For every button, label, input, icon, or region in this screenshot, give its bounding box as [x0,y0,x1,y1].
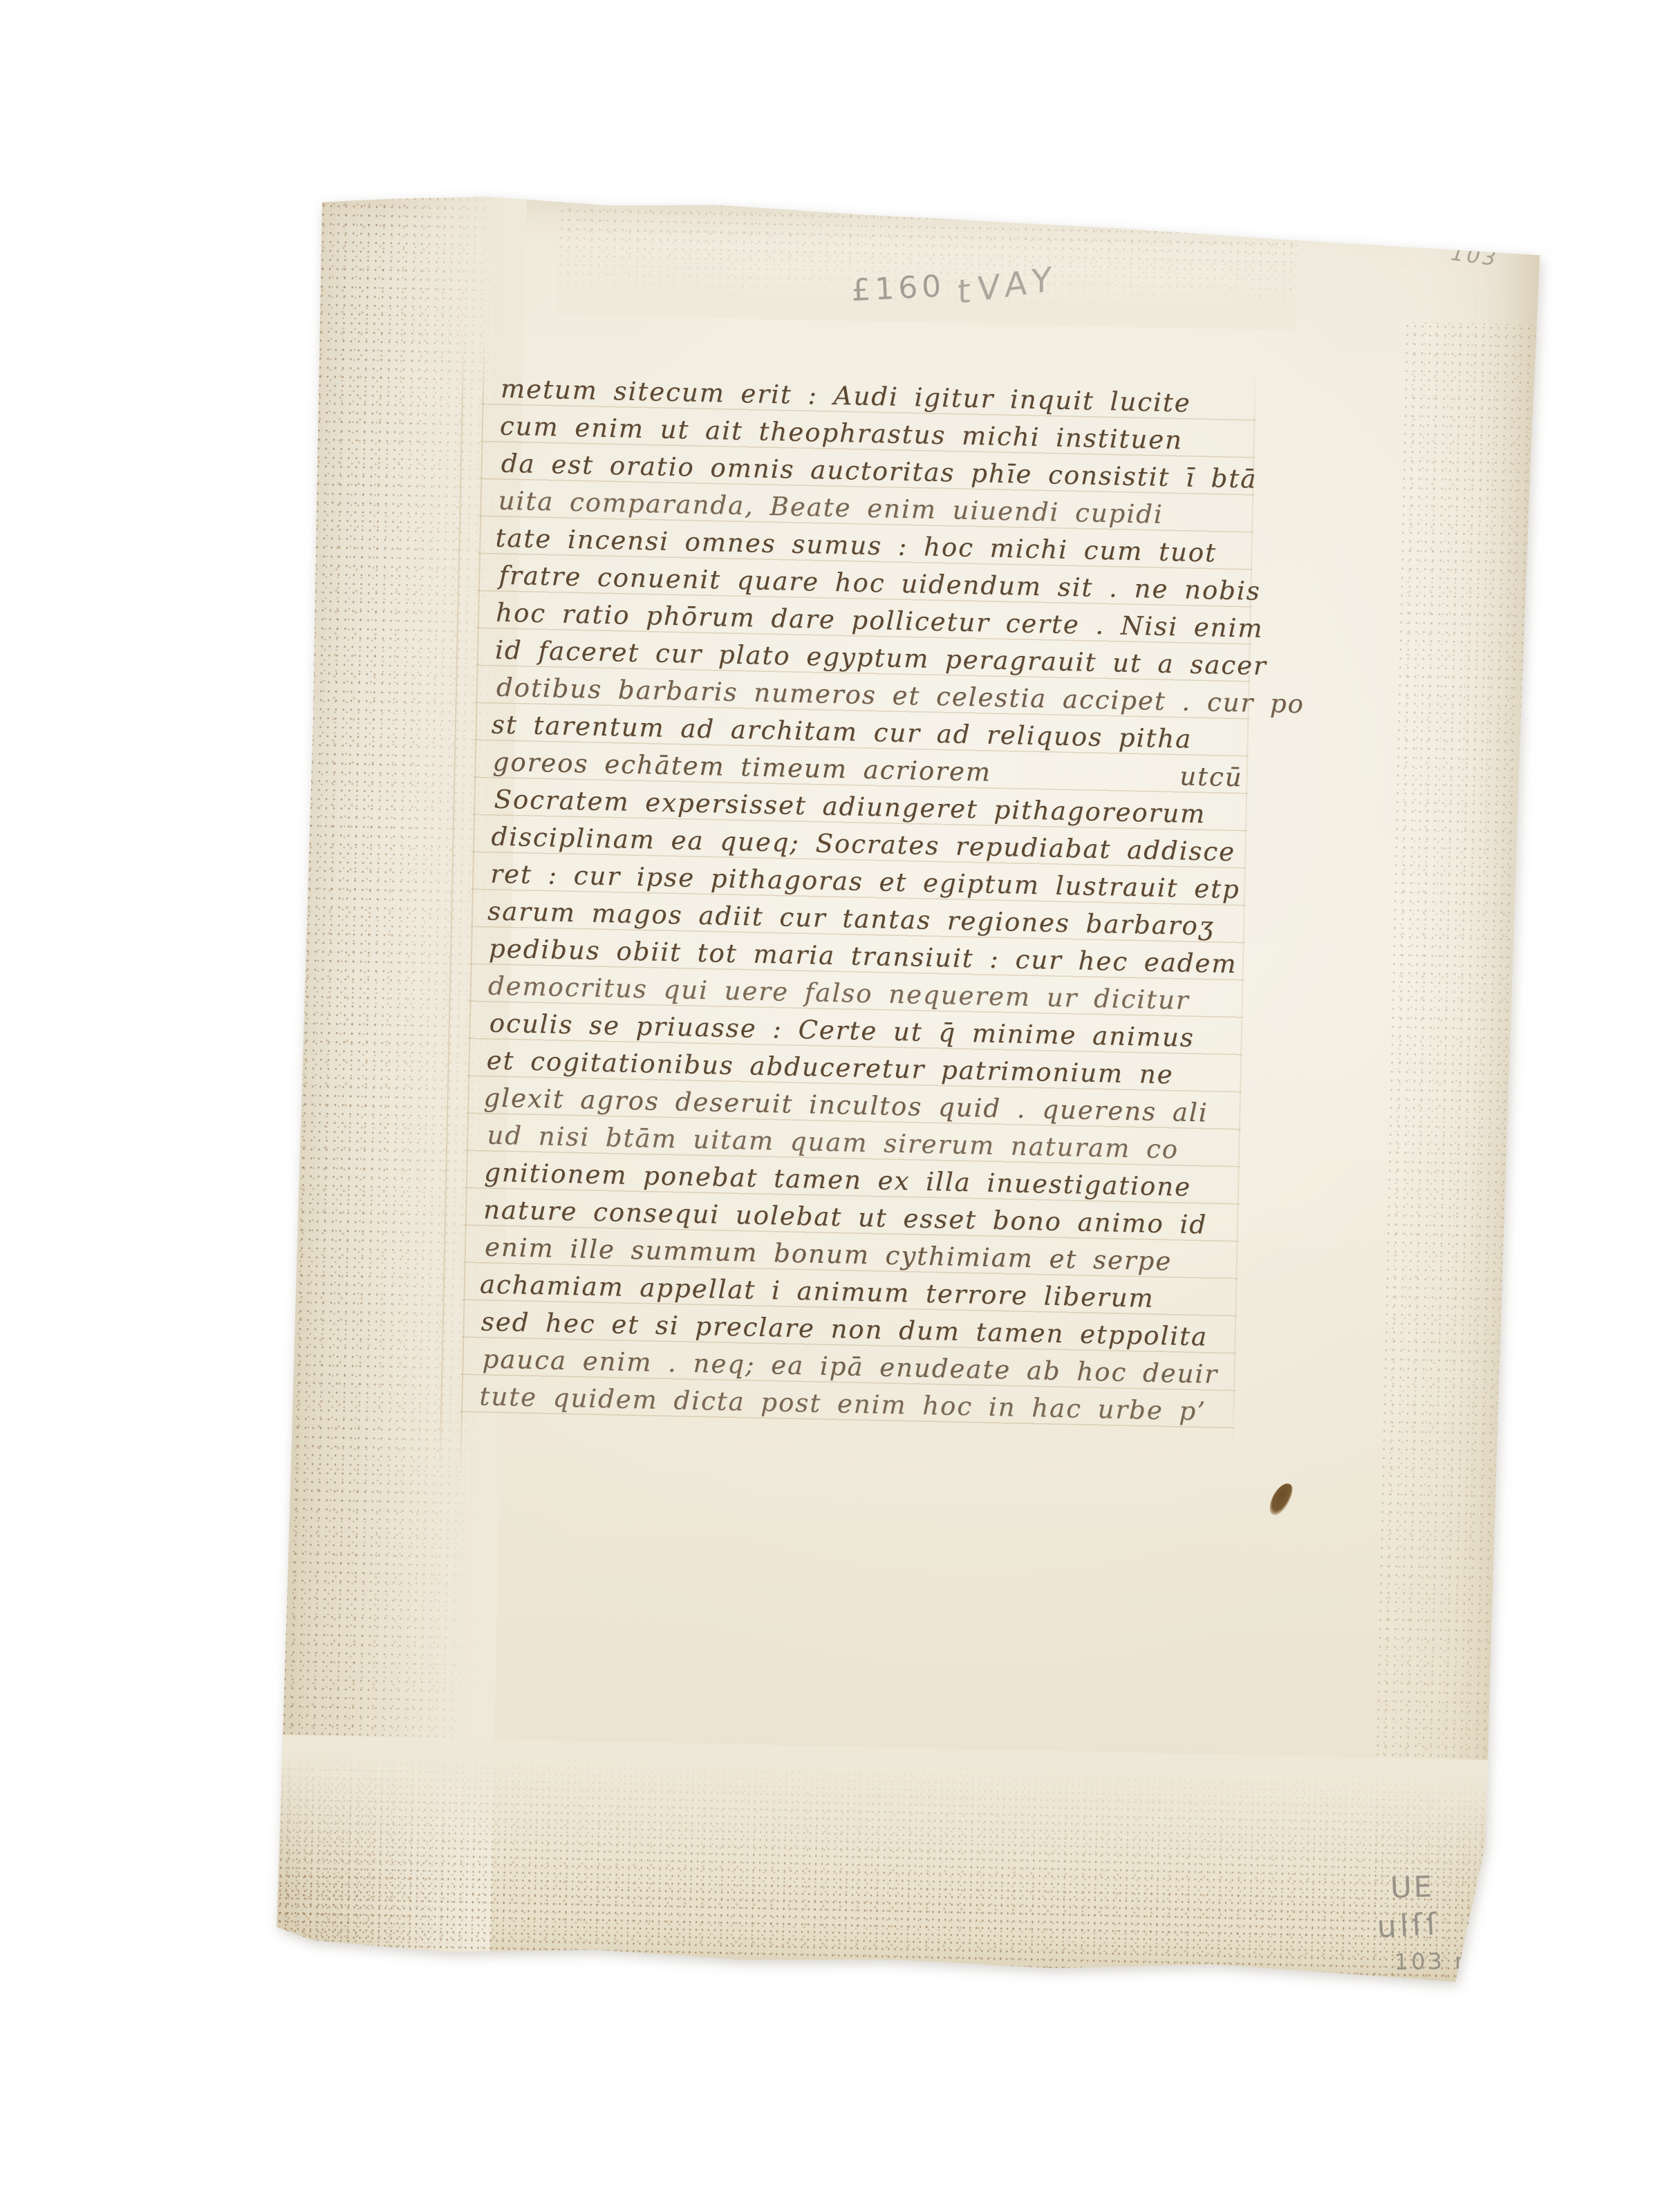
line-tail-text [1248,498,1249,535]
line-tail-text [1239,1020,1240,1058]
folio-number-top: 103 [1450,241,1500,271]
photograph-background: £160 tVAY 103 UE ulſſ 103 r. metum sitec… [0,0,1680,2212]
speckle-fade [1371,321,1542,1888]
folio-number-bottom: 103 r. [1394,1948,1474,1976]
speckle-dots [1371,321,1542,1888]
line-tail-text [1238,946,1239,983]
bottom-pencil-inscriptions: UE ulſſ 103 r. [1376,1868,1476,1976]
line-tail-text [1241,722,1242,759]
pencil-inscription-ue: UE [1390,1868,1476,1905]
parchment-speckle-right-edge [1371,321,1542,1888]
line-tail-text [1229,1394,1230,1431]
line-tail-text [1249,423,1250,460]
ink-blot [1266,1480,1296,1518]
line-tail-text: utcū [1179,758,1243,796]
margin-ruling-vertical-outer [439,341,464,1474]
pencil-inscription-ulss: ulſſ [1376,1905,1476,1945]
parchment-speckle-top-edge [557,197,1298,330]
price-annotation: £160 [850,268,946,308]
line-tail-text [1234,1170,1235,1207]
line-tail-text [1236,1058,1237,1095]
line-tail-text [1250,386,1251,423]
line-tail-text [1244,796,1244,834]
speckle-fade [557,197,1298,330]
line-tail-text [1245,535,1246,572]
speckle-dots [275,1735,1512,1996]
manuscript-text-block: metum sitecum erit : Audi igitur inquit … [479,371,1251,1431]
line-tail-text [1241,834,1242,871]
line-tail-text [1232,1356,1233,1394]
line-tail-text [1237,908,1238,946]
line-tail-text [1238,983,1238,1020]
line-tail-text [1231,1319,1231,1356]
line-tail-text [1237,1132,1238,1170]
line-tail-text [1234,1244,1235,1282]
parchment-speckle-bottom-edge [275,1735,1512,1996]
manuscript-page: £160 tVAY 103 UE ulſſ 103 r. metum sitec… [275,192,1544,1996]
scribble-annotation: tVAY [958,259,1058,312]
speckle-dots [557,197,1298,330]
page-shadow: £160 tVAY 103 UE ulſſ 103 r. metum sitec… [0,0,1680,2212]
line-tail-text [1233,1095,1234,1132]
speckle-fade [275,1735,1512,1996]
line-tail-text [1233,1207,1233,1244]
line-tail-text [1229,1282,1230,1319]
